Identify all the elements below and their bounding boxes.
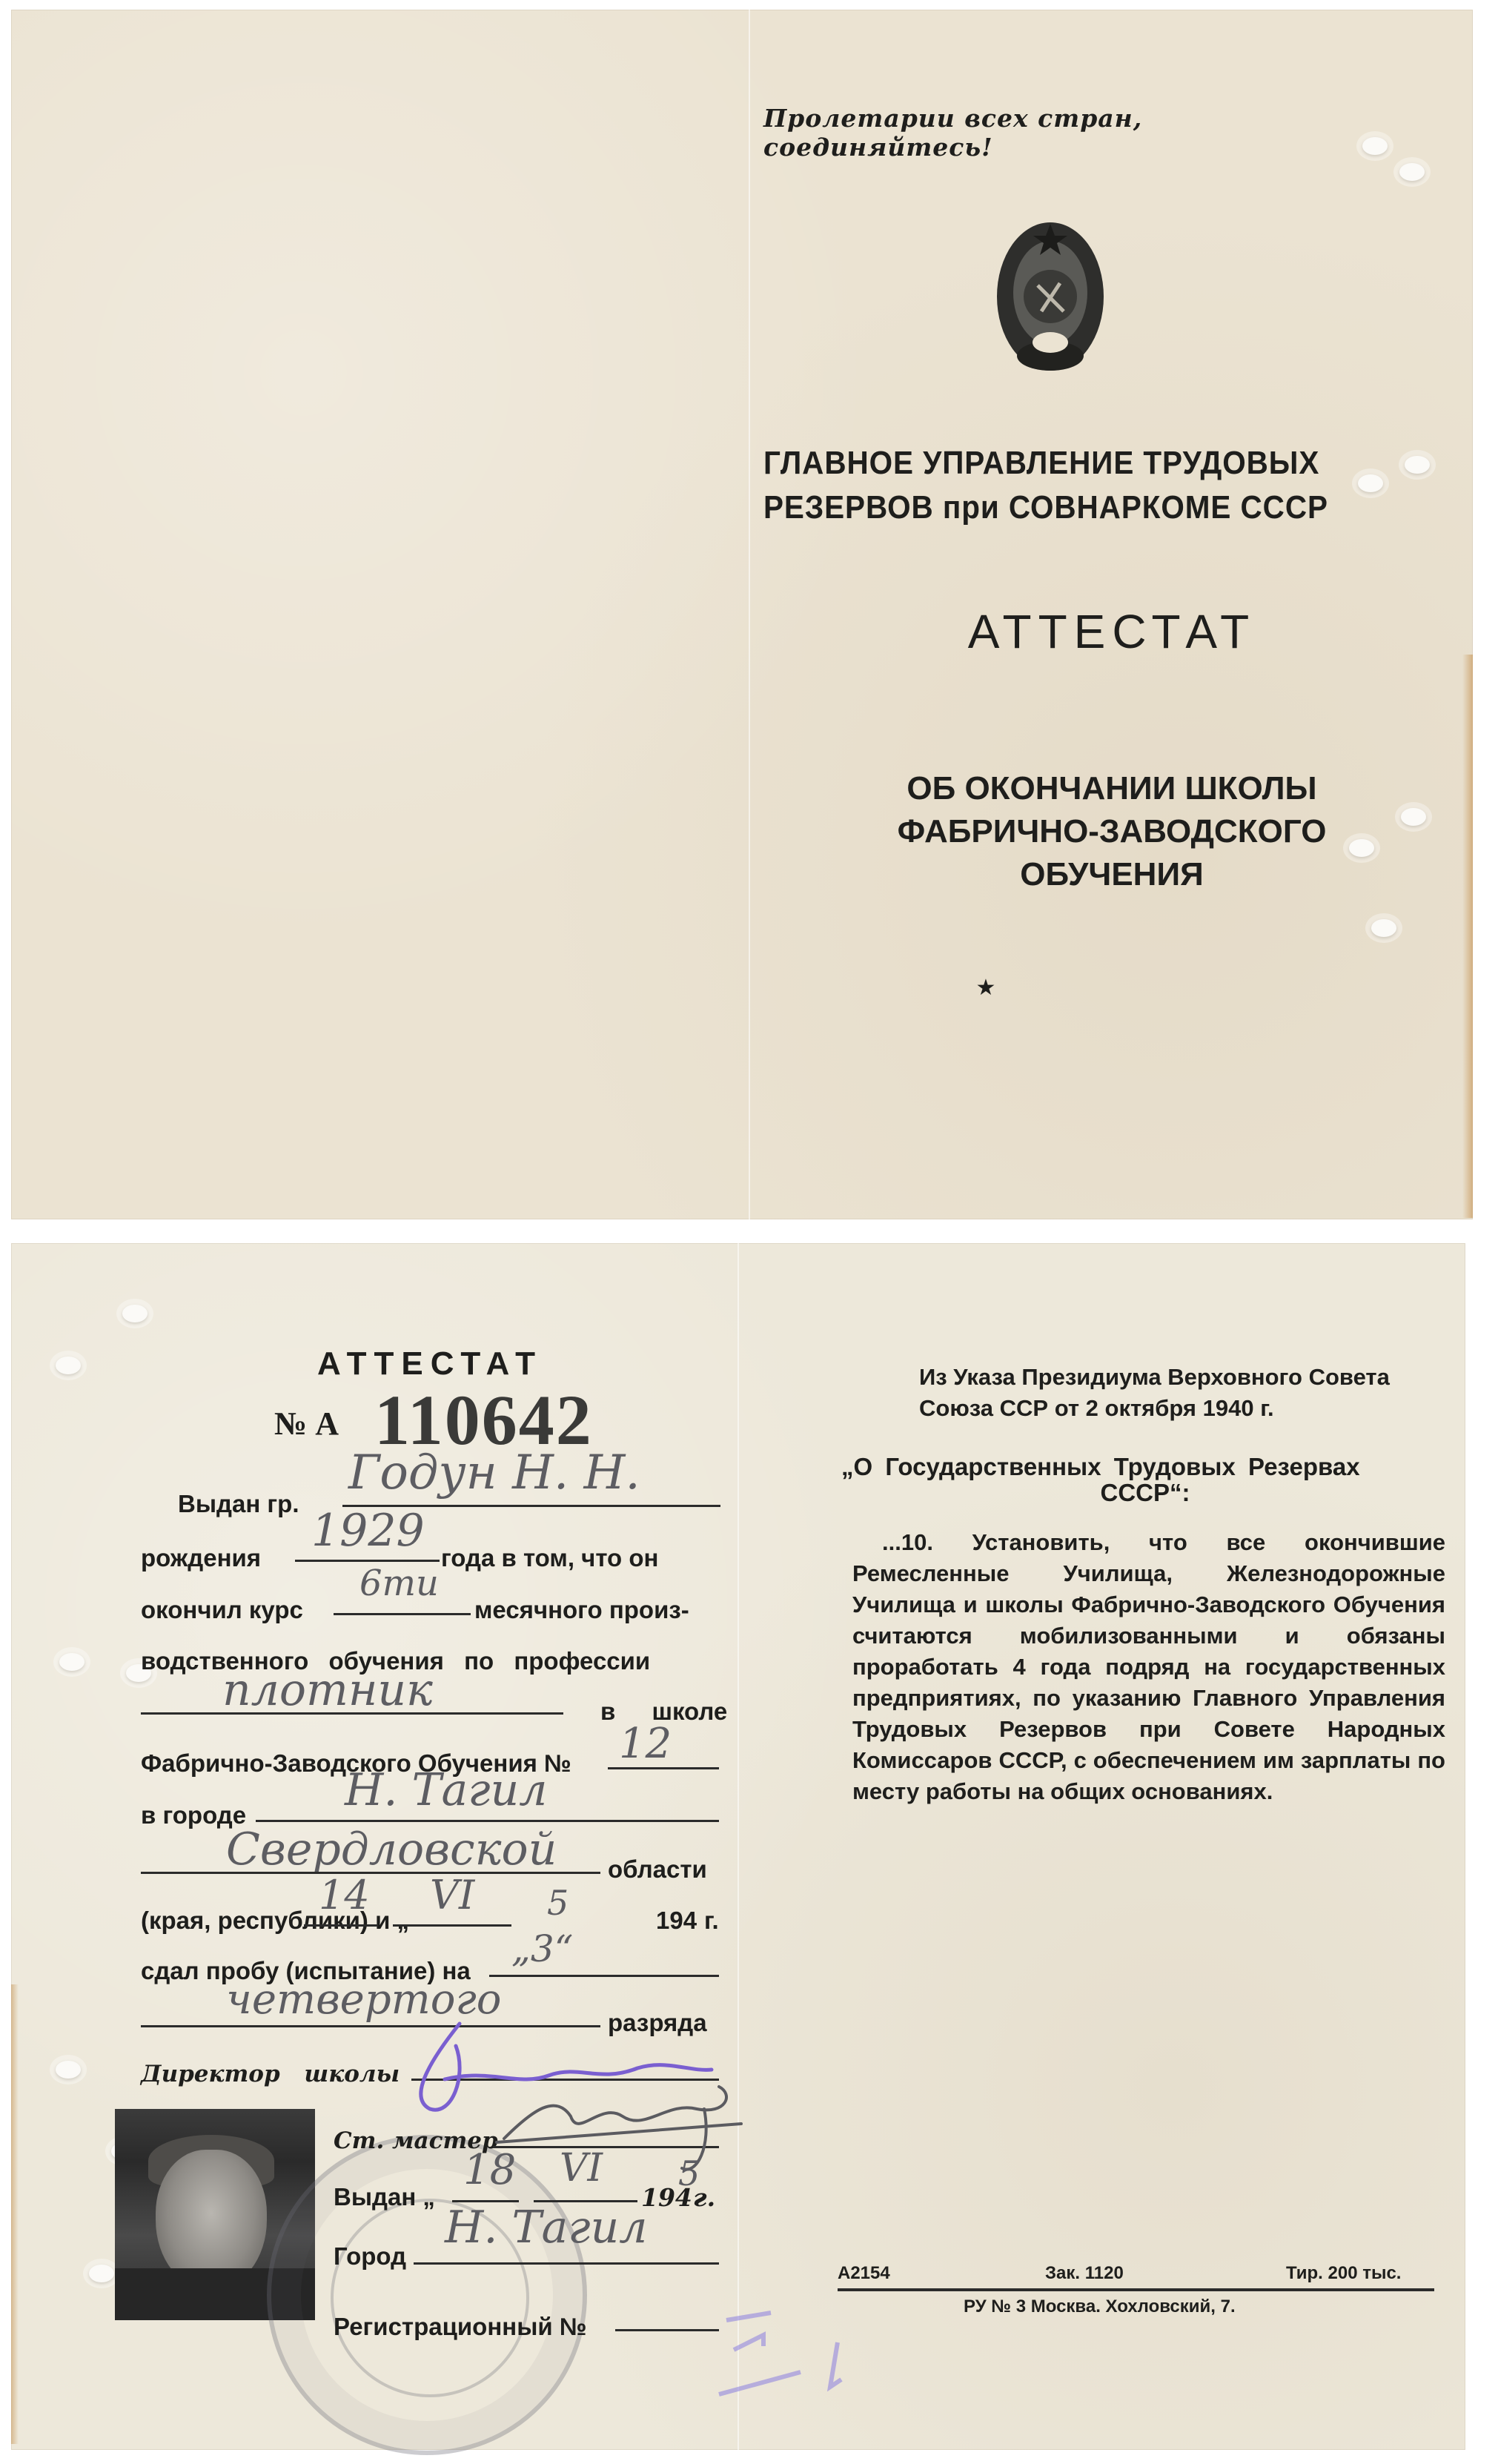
- fill-line: [489, 1975, 719, 1977]
- edict-source-line-1: Из Указа Президиума Верховного Совета: [919, 1362, 1453, 1392]
- edge-stain: [1462, 655, 1473, 1218]
- edict-body: ...10. Установить, что все окончившие Ре…: [852, 1527, 1445, 1807]
- registration-field: [615, 2329, 719, 2331]
- grade-number-value: „3“: [511, 1927, 573, 1970]
- town-value: Н. Тагил: [445, 2202, 647, 2253]
- imprint-rule: [838, 2288, 1434, 2291]
- exam-month-value: VI: [430, 1872, 474, 1918]
- issued-month-value: VI: [560, 2146, 603, 2190]
- exam-year-value: 5: [547, 1883, 569, 1923]
- fill-line: [414, 2262, 719, 2265]
- slogan: Пролетарии всех стран, соединяйтесь!: [763, 104, 1356, 162]
- punch-hole: [1362, 137, 1388, 155]
- exam-year-prefix: 194: [656, 1907, 697, 1935]
- number-prefix: № А: [274, 1405, 339, 1443]
- cover-title: АТТЕСТАТ: [741, 604, 1482, 659]
- fold-line: [738, 1243, 739, 2450]
- issued-day-value: 18: [463, 2146, 516, 2194]
- punch-hole: [56, 1357, 81, 1374]
- fill-line: [304, 1924, 378, 1927]
- certificate-title: АТТЕСТАТ: [282, 1345, 578, 1382]
- star-icon: ★: [971, 975, 1001, 1001]
- profession-value: плотник: [222, 1664, 433, 1716]
- punch-hole: [56, 2061, 81, 2079]
- birth-year-value: 1929: [311, 1505, 425, 1557]
- course-suffix: месячного произ-: [474, 1596, 689, 1624]
- imprint-order: Зак. 1120: [1045, 2263, 1124, 2284]
- imprint-print-run: Тир. 200 тыс.: [1286, 2263, 1401, 2284]
- fill-line: [141, 1872, 600, 1874]
- birth-suffix: года в том, что он: [441, 1544, 658, 1572]
- punch-hole: [89, 2265, 114, 2282]
- edict-title-line-2: СССР“:: [841, 1479, 1449, 1507]
- school-number-value: 12: [619, 1720, 672, 1768]
- town-label: Город: [334, 2242, 406, 2271]
- edge-stain: [11, 1984, 19, 2444]
- issued-to-value: Годун Н. Н.: [348, 1445, 640, 1500]
- imprint-printer: РУ № 3 Москва. Хохловский, 7.: [964, 2296, 1236, 2317]
- subtitle-line-3: ОБУЧЕНИЯ: [741, 853, 1482, 896]
- issued-year-value: 5: [678, 2153, 700, 2193]
- fill-line: [256, 1820, 719, 1822]
- punch-hole: [59, 1653, 84, 1671]
- imprint-code: А2154: [838, 2263, 890, 2284]
- exam-day-value: 14: [319, 1872, 370, 1918]
- course-value: 6ти: [359, 1563, 439, 1604]
- director-label: Директор школы: [141, 2061, 400, 2087]
- edict-source-line-2: Союза ССР от 2 октября 1940 г.: [919, 1394, 1453, 1423]
- punch-hole: [122, 1305, 148, 1322]
- punch-hole: [1371, 919, 1396, 937]
- fill-line: [295, 1560, 440, 1562]
- violet-stamp-marks: [712, 2305, 875, 2424]
- issued-label: Выдан „: [334, 2183, 435, 2211]
- subtitle-line-1: ОБ ОКОНЧАНИИ ШКОЛЫ: [741, 767, 1482, 810]
- ussr-coat-of-arms-icon: [993, 215, 1108, 382]
- punch-hole: [1358, 474, 1383, 492]
- fill-line: [334, 1613, 471, 1615]
- region-value: Свердловской: [226, 1824, 557, 1875]
- exam-year-suffix: г.: [704, 1907, 719, 1935]
- punch-hole: [1405, 456, 1430, 474]
- course-label: окончил курс: [141, 1596, 303, 1624]
- edict-title-line-1: „О Государственных Трудовых Резервах: [841, 1453, 1449, 1481]
- punch-hole: [1399, 163, 1425, 181]
- registration-label: Регистрационный №: [334, 2313, 587, 2341]
- region-suffix: области: [608, 1855, 707, 1884]
- issued-to-label: Выдан гр.: [178, 1490, 299, 1518]
- subtitle-line-2: ФАБРИЧНО-ЗАВОДСКОГО: [741, 810, 1482, 853]
- birth-label: рождения: [141, 1544, 261, 1572]
- organization-line-1: ГЛАВНОЕ УПРАВЛЕНИЕ ТРУДОВЫХ: [763, 441, 1330, 486]
- master-signature: [489, 2079, 756, 2183]
- city-value: Н. Тагил: [345, 1764, 547, 1816]
- organization-line-2: РЕЗЕРВОВ при СОВНАРКОМЕ СССР: [763, 486, 1330, 530]
- fill-line: [393, 1924, 511, 1927]
